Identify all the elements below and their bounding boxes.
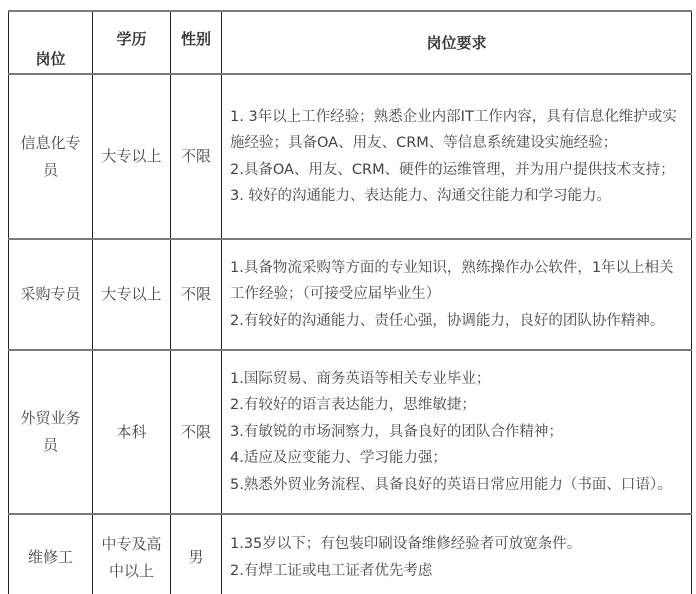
requirement-item: 1.具备物流采购等方面的专业知识，熟练操作办公软件，1年以上相关工作经验；（可接… [230,255,683,308]
table-row: 维修工 中专及高中以上 男 1.35岁以下；有包装印刷设备维修经验者可放宽条件。… [9,514,692,594]
gender-cell: 不限 [171,350,222,514]
requirement-item: 2.有较好的沟通能力、责任心强，协调能力，良好的团队协作精神。 [230,308,683,335]
education-cell: 本科 [93,350,171,514]
gender-cell: 男 [171,514,222,594]
requirement-item: 3. 较好的沟通能力、表达能力、沟通交往能力和学习能力。 [230,183,683,210]
header-position: 岗位 [9,11,93,74]
position-cell: 维修工 [9,514,93,594]
position-cell: 信息化专员 [9,74,93,239]
requirement-item: 1. 3年以上工作经验；熟悉企业内部IT工作内容，具有信息化维护或实施经验；具备… [230,104,683,157]
requirement-item: 2.有焊工证或电工证者优先考虑 [230,558,683,585]
requirement-item: 4.适应及应变能力、学习能力强； [230,445,683,472]
header-education: 学历 [93,11,171,74]
table-row: 采购专员 大专以上 不限 1.具备物流采购等方面的专业知识，熟练操作办公软件，1… [9,239,692,350]
header-row: 岗位 学历 性别 岗位要求 [9,11,692,74]
requirements-cell: 1.35岁以下；有包装印刷设备维修经验者可放宽条件。 2.有焊工证或电工证者优先… [222,514,692,594]
table-row: 外贸业务员 本科 不限 1.国际贸易、商务英语等相关专业毕业； 2.有较好的语言… [9,350,692,514]
requirement-item: 2.有较好的语言表达能力，思维敏捷； [230,392,683,419]
requirement-item: 5.熟悉外贸业务流程、具备良好的英语日常应用能力（书面、口语）。 [230,472,683,499]
requirement-item: 1.35岁以下；有包装印刷设备维修经验者可放宽条件。 [230,531,683,558]
education-cell: 大专以上 [93,74,171,239]
position-cell: 外贸业务员 [9,350,93,514]
position-cell: 采购专员 [9,239,93,350]
requirements-cell: 1.国际贸易、商务英语等相关专业毕业； 2.有较好的语言表达能力，思维敏捷； 3… [222,350,692,514]
gender-cell: 不限 [171,239,222,350]
education-cell: 中专及高中以上 [93,514,171,594]
requirement-item: 3.有敏锐的市场洞察力，具备良好的团队合作精神； [230,419,683,446]
requirements-cell: 1. 3年以上工作经验；熟悉企业内部IT工作内容，具有信息化维护或实施经验；具备… [222,74,692,239]
header-requirements: 岗位要求 [222,11,692,74]
gender-cell: 不限 [171,74,222,239]
header-gender: 性别 [171,11,222,74]
education-cell: 大专以上 [93,239,171,350]
requirements-cell: 1.具备物流采购等方面的专业知识，熟练操作办公软件，1年以上相关工作经验；（可接… [222,239,692,350]
requirement-item: 2.具备OA、用友、CRM、硬件的运维管理，并为用户提供技术支持； [230,157,683,184]
table-row: 信息化专员 大专以上 不限 1. 3年以上工作经验；熟悉企业内部IT工作内容，具… [9,74,692,239]
requirement-item: 1.国际贸易、商务英语等相关专业毕业； [230,366,683,393]
job-requirements-table: 岗位 学历 性别 岗位要求 信息化专员 大专以上 不限 1. 3年以上工作经验；… [8,10,692,594]
